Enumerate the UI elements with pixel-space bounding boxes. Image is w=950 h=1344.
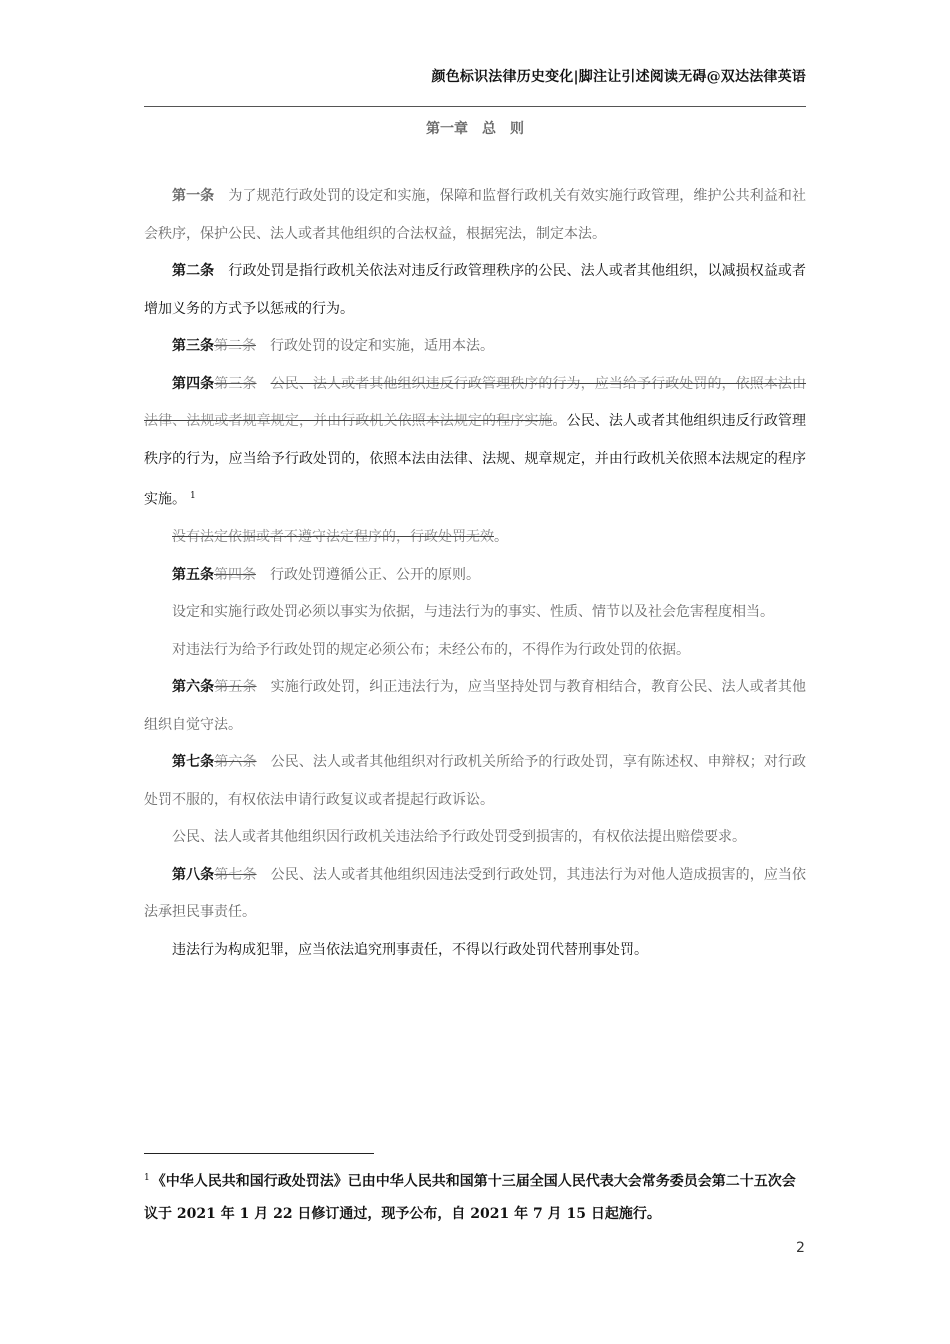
punctuation: 。: [553, 413, 567, 429]
article-number: 第二条: [172, 263, 214, 279]
article-text: 行政处罚是指行政机关依法对违反行政管理秩序的公民、法人或者其他组织，以减损权益或…: [144, 263, 806, 317]
punctuation: 。: [494, 529, 508, 545]
footnote-reference[interactable]: 1: [190, 491, 196, 501]
article-3: 第三条第二条行政处罚的设定和实施，适用本法。: [144, 328, 806, 366]
old-article-number: 第二条: [214, 338, 256, 354]
old-article-number: 第五条: [214, 679, 256, 695]
old-article-number: 第六条: [214, 754, 256, 770]
article-text: 为了规范行政处罚的设定和实施，保障和监督行政机关有效实施行政管理，维护公共利益和…: [144, 188, 806, 242]
article-number: 第五条: [172, 567, 214, 583]
footnote-text: 《中华人民共和国行政处罚法》已由中华人民共和国第十三届全国人民代表大会常务委员会…: [144, 1174, 796, 1222]
page-number: 2: [796, 1240, 805, 1256]
article-text: 行政处罚遵循公正、公开的原则。: [270, 567, 480, 583]
article-number: 第六条: [172, 679, 214, 695]
article-7: 第七条第六条公民、法人或者其他组织对行政机关所给予的行政处罚，享有陈述权、申辩权…: [144, 744, 806, 819]
article-4-deleted-paragraph: 没有法定依据或者不遵守法定程序的，行政处罚无效。: [144, 519, 806, 557]
article-number: 第四条: [172, 376, 214, 392]
chapter-title: 第一章 总 则: [144, 118, 806, 138]
article-4: 第四条第三条公民、法人或者其他组织违反行政管理秩序的行为，应当给予行政处罚的，依…: [144, 366, 806, 520]
article-6: 第六条第五条实施行政处罚，纠正违法行为，应当坚持处罚与教育相结合，教育公民、法人…: [144, 669, 806, 744]
old-article-number: 第七条: [214, 867, 256, 883]
article-text: 行政处罚的设定和实施，适用本法。: [270, 338, 494, 354]
article-2: 第二条行政处罚是指行政机关依法对违反行政管理秩序的公民、法人或者其他组织，以减损…: [144, 253, 806, 328]
footnote: 1《中华人民共和国行政处罚法》已由中华人民共和国第十三届全国人民代表大会常务委员…: [144, 1162, 806, 1230]
article-number: 第七条: [172, 754, 214, 770]
article-number: 第一条: [172, 188, 214, 204]
article-5: 第五条第四条行政处罚遵循公正、公开的原则。: [144, 557, 806, 595]
article-number: 第八条: [172, 867, 214, 883]
page-header: 颜色标识法律历史变化|脚注让引述阅读无碍@双达法律英语: [432, 66, 807, 86]
deleted-text: 没有法定依据或者不遵守法定程序的，行政处罚无效: [172, 529, 494, 545]
document-body: 第一条为了规范行政处罚的设定和实施，保障和监督行政机关有效实施行政管理，维护公共…: [144, 178, 806, 969]
old-article-number: 第三条: [214, 376, 256, 392]
article-8: 第八条第七条公民、法人或者其他组织因违法受到行政处罚，其违法行为对他人造成损害的…: [144, 857, 806, 932]
article-5-paragraph-3: 对违法行为给予行政处罚的规定必须公布；未经公布的，不得作为行政处罚的依据。: [144, 632, 806, 670]
footnote-mark: 1: [144, 1173, 150, 1183]
article-1: 第一条为了规范行政处罚的设定和实施，保障和监督行政机关有效实施行政管理，维护公共…: [144, 178, 806, 253]
article-number: 第三条: [172, 338, 214, 354]
article-7-paragraph-2: 公民、法人或者其他组织因行政机关违法给予行政处罚受到损害的，有权依法提出赔偿要求…: [144, 819, 806, 857]
header-divider: [144, 106, 806, 107]
footnote-separator: [144, 1153, 374, 1154]
old-article-number: 第四条: [214, 567, 256, 583]
article-5-paragraph-2: 设定和实施行政处罚必须以事实为依据，与违法行为的事实、性质、情节以及社会危害程度…: [144, 594, 806, 632]
article-8-new-paragraph: 违法行为构成犯罪，应当依法追究刑事责任，不得以行政处罚代替刑事处罚。: [144, 932, 806, 970]
